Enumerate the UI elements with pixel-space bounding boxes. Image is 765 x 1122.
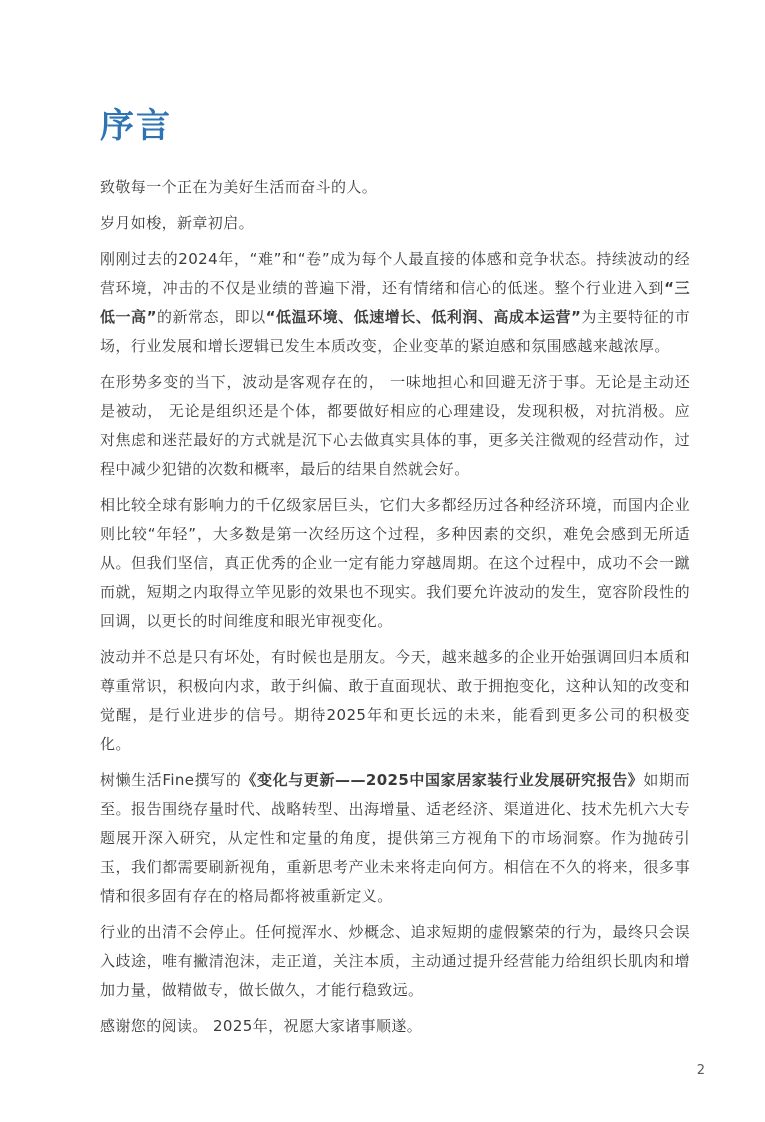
text-run: 刚刚过去的2024年，“难”和“卷”成为每个人最直接的体感和竞争状态。持续波动的… (100, 250, 690, 297)
paragraph: 致敬每一个正在为美好生活而奋斗的人。 (100, 173, 690, 202)
paragraph: 刚刚过去的2024年，“难”和“卷”成为每个人最直接的体感和竞争状态。持续波动的… (100, 245, 690, 361)
text-run: “低温环境、低速增长、低利润、高成本运营” (266, 308, 582, 326)
page-content: 序言 致敬每一个正在为美好生活而奋斗的人。岁月如梭，新章初启。刚刚过去的2024… (100, 103, 690, 1048)
text-run: 《变化与更新——2025中国家居家装行业发展研究报告》 (241, 771, 643, 789)
text-run: 树懒生活Fine撰写的 (100, 771, 241, 789)
paragraph: 树懒生活Fine撰写的《变化与更新——2025中国家居家装行业发展研究报告》如期… (100, 766, 690, 911)
document-body: 致敬每一个正在为美好生活而奋斗的人。岁月如梭，新章初启。刚刚过去的2024年，“… (100, 173, 690, 1041)
paragraph: 感谢您的阅读。 2025年，祝愿大家诸事顺遂。 (100, 1012, 690, 1041)
text-run: 相比较全球有影响力的千亿级家居巨头，它们大多都经历过各种经济环境，而国内企业则比… (100, 496, 690, 630)
paragraph: 相比较全球有影响力的千亿级家居巨头，它们大多都经历过各种经济环境，而国内企业则比… (100, 491, 690, 636)
text-run: 波动并不总是只有坏处，有时候也是朋友。今天，越来越多的企业开始强调回归本质和尊重… (100, 648, 690, 753)
text-run: 的新常态，即以 (157, 308, 266, 326)
paragraph: 岁月如梭，新章初启。 (100, 209, 690, 238)
text-run: 感谢您的阅读。 2025年，祝愿大家诸事顺遂。 (100, 1017, 422, 1035)
paragraph: 行业的出清不会停止。任何搅浑水、炒概念、追求短期的虚假繁荣的行为，最终只会误入歧… (100, 918, 690, 1005)
page-number: 2 (697, 1063, 705, 1078)
text-run: 岁月如梭，新章初启。 (100, 214, 254, 232)
text-run: 行业的出清不会停止。任何搅浑水、炒概念、追求短期的虚假繁荣的行为，最终只会误入歧… (100, 923, 690, 999)
text-run: 致敬每一个正在为美好生活而奋斗的人。 (100, 178, 377, 196)
paragraph: 在形势多变的当下，波动是客观存在的， 一味地担心和回避无济于事。无论是主动还是被… (100, 368, 690, 484)
text-run: 如期而至。报告围绕存量时代、战略转型、出海增量、适老经济、渠道进化、技术先机六大… (100, 771, 690, 905)
text-run: 在形势多变的当下，波动是客观存在的， 一味地担心和回避无济于事。无论是主动还是被… (100, 373, 690, 478)
document-page: 序言 致敬每一个正在为美好生活而奋斗的人。岁月如梭，新章初启。刚刚过去的2024… (0, 0, 765, 1122)
paragraph: 波动并不总是只有坏处，有时候也是朋友。今天，越来越多的企业开始强调回归本质和尊重… (100, 643, 690, 759)
section-title: 序言 (100, 103, 690, 149)
